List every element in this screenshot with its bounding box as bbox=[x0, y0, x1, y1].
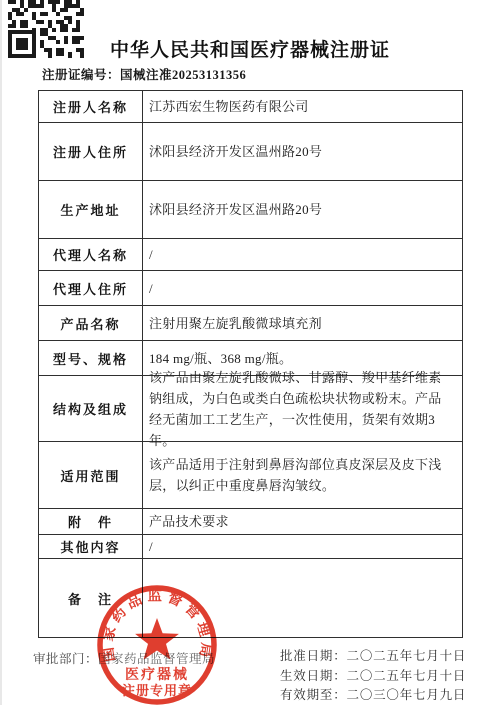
row-label: 代理人名称 bbox=[39, 239, 143, 270]
table-row-production-address: 生产地址 沭阳县经济开发区温州路20号 bbox=[39, 181, 462, 239]
expiry-date-label: 有效期至： bbox=[280, 688, 347, 702]
certificate-title: 中华人民共和国医疗器械注册证 bbox=[0, 35, 500, 62]
certificate-table: 注册人名称 江苏西宏生物医药有限公司 注册人住所 沭阳县经济开发区温州路20号 … bbox=[38, 90, 463, 638]
expiry-date-value: 二〇三〇年七月九日 bbox=[347, 688, 467, 702]
row-label: 结构及组成 bbox=[39, 376, 143, 441]
row-value: 江苏西宏生物医药有限公司 bbox=[143, 91, 462, 122]
row-label: 附 件 bbox=[39, 509, 143, 534]
row-value: / bbox=[143, 239, 462, 270]
seal-star-icon bbox=[135, 618, 179, 660]
table-row-agent-address: 代理人住所 / bbox=[39, 271, 462, 306]
approval-date-value: 二〇二五年七月十日 bbox=[347, 649, 467, 663]
table-row-registrant-name: 注册人名称 江苏西宏生物医药有限公司 bbox=[39, 91, 462, 123]
row-label: 产品名称 bbox=[39, 306, 143, 340]
row-value: / bbox=[143, 271, 462, 305]
row-label: 适用范围 bbox=[39, 442, 143, 508]
row-label: 代理人住所 bbox=[39, 271, 143, 305]
effective-date-value: 二〇二五年七月十日 bbox=[347, 669, 467, 683]
row-value: 该产品适用于注射到鼻唇沟部位真皮深层及皮下浅层，以纠正中重度鼻唇沟皱纹。 bbox=[143, 442, 462, 508]
row-label: 注册人名称 bbox=[39, 91, 143, 122]
certificate-number-value: 国械注准20253131356 bbox=[120, 68, 246, 82]
seal-line2: 注册专用章 bbox=[122, 683, 192, 698]
row-value: 沭阳县经济开发区温州路20号 bbox=[143, 181, 462, 238]
row-value: 注射用聚左旋乳酸微球填充剂 bbox=[143, 306, 462, 340]
row-value: / bbox=[143, 535, 462, 558]
effective-date-label: 生效日期： bbox=[280, 669, 347, 683]
row-label: 生产地址 bbox=[39, 181, 143, 238]
row-label: 型号、规格 bbox=[39, 341, 143, 375]
expiry-date-line: 有效期至：二〇三〇年七月九日 bbox=[280, 686, 466, 705]
certificate-number-label: 注册证编号： bbox=[42, 68, 120, 82]
row-label: 注册人住所 bbox=[39, 123, 143, 180]
effective-date-line: 生效日期：二〇二五年七月十日 bbox=[280, 667, 466, 687]
certificate-page: 中华人民共和国医疗器械注册证 注册证编号：国械注准20253131356 注册人… bbox=[0, 0, 500, 705]
table-row-other-content: 其他内容 / bbox=[39, 535, 462, 559]
table-row-registrant-address: 注册人住所 沭阳县经济开发区温州路20号 bbox=[39, 123, 462, 181]
row-label: 其他内容 bbox=[39, 535, 143, 558]
row-value: 沭阳县经济开发区温州路20号 bbox=[143, 123, 462, 180]
registration-seal-icon: 国家药品监督管理局 医疗器械 注册专用章 bbox=[94, 582, 220, 705]
table-row-agent-name: 代理人名称 / bbox=[39, 239, 462, 271]
table-row-product-name: 产品名称 注射用聚左旋乳酸微球填充剂 bbox=[39, 306, 462, 341]
date-block: 批准日期：二〇二五年七月十日 生效日期：二〇二五年七月十日 有效期至：二〇三〇年… bbox=[280, 647, 466, 705]
approval-date-line: 批准日期：二〇二五年七月十日 bbox=[280, 647, 466, 667]
table-row-intended-use: 适用范围 该产品适用于注射到鼻唇沟部位真皮深层及皮下浅层，以纠正中重度鼻唇沟皱纹… bbox=[39, 442, 462, 509]
approval-date-label: 批准日期： bbox=[280, 649, 347, 663]
table-row-attachment: 附 件 产品技术要求 bbox=[39, 509, 462, 535]
approval-department-label: 审批部门： bbox=[33, 652, 98, 666]
row-value: 产品技术要求 bbox=[143, 509, 462, 534]
seal-line1: 医疗器械 bbox=[125, 666, 189, 682]
table-row-structure-composition: 结构及组成 该产品由聚左旋乳酸微球、甘露醇、羧甲基纤维素钠组成，为白色或类白色疏… bbox=[39, 376, 462, 442]
certificate-number: 注册证编号：国械注准20253131356 bbox=[42, 65, 246, 83]
scan-edge-artifact bbox=[0, 0, 2, 705]
row-value: 该产品由聚左旋乳酸微球、甘露醇、羧甲基纤维素钠组成，为白色或类白色疏松块状物或粉… bbox=[143, 376, 462, 441]
